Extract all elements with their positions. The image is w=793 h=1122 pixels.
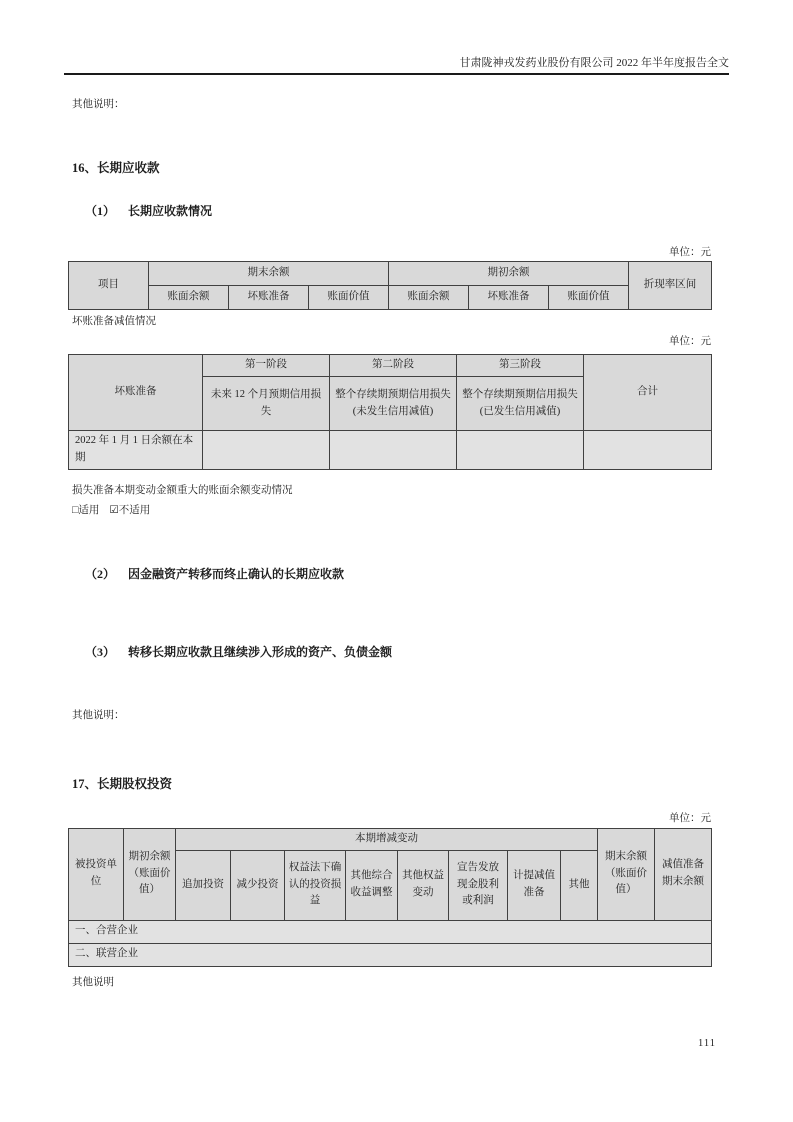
th-book-balance-end: 账面余额 xyxy=(149,286,229,310)
subsection-text: 转移长期应收款且继续涉入形成的资产、负债金额 xyxy=(128,645,392,659)
applicability-line: □适用☑不适用 xyxy=(72,503,729,518)
th-reduced-investment: 减少投资 xyxy=(231,850,285,920)
th-item: 项目 xyxy=(69,262,149,310)
th-stage-3: 第三阶段 xyxy=(457,355,584,377)
loss-provision-change-note: 损失准备本期变动金额重大的账面余额变动情况 xyxy=(72,483,729,498)
th-investee: 被投资单位 xyxy=(69,828,124,920)
subsection-text: 长期应收款情况 xyxy=(128,204,212,218)
empty-cell xyxy=(203,431,330,470)
subsection-number: （3） xyxy=(85,645,115,659)
unit-label: 单位：元 xyxy=(68,811,711,826)
empty-cell xyxy=(584,431,712,470)
table-long-term-receivables: 项目 期末余额 期初余额 折现率区间 账面余额 坏账准备 账面价值 账面余额 坏… xyxy=(68,261,712,310)
bad-debt-impairment-note: 坏账准备减值情况 xyxy=(72,314,729,329)
th-stage-1-desc: 未来 12 个月预期信用损失 xyxy=(203,377,330,431)
th-current-change-group: 本期增减变动 xyxy=(176,828,598,850)
th-book-value-begin: 账面价值 xyxy=(549,286,629,310)
th-discount-rate-range: 折现率区间 xyxy=(629,262,712,310)
subsection-16-1-title: （1）长期应收款情况 xyxy=(85,203,729,220)
subsection-16-3-title: （3）转移长期应收款且继续涉入形成的资产、负债金额 xyxy=(85,644,729,661)
row-associates: 二、联营企业 xyxy=(69,943,712,966)
th-bad-debt-provision: 坏账准备 xyxy=(69,355,203,431)
other-note-top: 其他说明： xyxy=(72,97,729,112)
page-number: 111 xyxy=(698,1038,716,1049)
th-other-equity-change: 其他权益变动 xyxy=(398,850,449,920)
table-long-term-equity-investment: 被投资单位 期初余额（账面价值） 本期增减变动 期末余额（账面价值） 减值准备期… xyxy=(68,828,712,967)
report-title: 甘肃陇神戎发药业股份有限公司 2022 年半年度报告全文 xyxy=(460,57,730,69)
th-impairment-ending-balance: 减值准备期末余额 xyxy=(655,828,712,920)
section-16-title: 16、长期应收款 xyxy=(72,160,729,177)
unit-label: 单位：元 xyxy=(68,245,711,260)
th-other: 其他 xyxy=(561,850,598,920)
section-17-title: 17、长期股权投资 xyxy=(72,776,729,793)
th-total: 合计 xyxy=(584,355,712,431)
th-ending-balance-group: 期末余额 xyxy=(149,262,389,286)
th-additional-investment: 追加投资 xyxy=(176,850,231,920)
th-stage-1: 第一阶段 xyxy=(203,355,330,377)
table-bad-debt-stages: 坏账准备 第一阶段 第二阶段 第三阶段 合计 未来 12 个月预期信用损失 整个… xyxy=(68,354,712,470)
empty-cell xyxy=(457,431,584,470)
other-note-section16: 其他说明： xyxy=(72,708,729,723)
unit-label: 单位：元 xyxy=(68,334,711,349)
subsection-text: 因金融资产转移而终止确认的长期应收款 xyxy=(128,567,344,581)
page-header: 甘肃陇神戎发药业股份有限公司 2022 年半年度报告全文 xyxy=(64,0,729,75)
subsection-number: （2） xyxy=(85,567,115,581)
other-note-section17: 其他说明 xyxy=(72,975,729,990)
th-equity-method-gains: 权益法下确认的投资损益 xyxy=(285,850,346,920)
th-stage-2: 第二阶段 xyxy=(330,355,457,377)
th-impairment-provision: 计提减值准备 xyxy=(508,850,561,920)
row-label-opening-balance: 2022 年 1 月 1 日余额在本期 xyxy=(69,431,203,470)
th-book-balance-begin: 账面余额 xyxy=(389,286,469,310)
th-declared-dividends: 宣告发放现金股利或利润 xyxy=(449,850,508,920)
th-stage-2-desc: 整个存续期预期信用损失(未发生信用减值) xyxy=(330,377,457,431)
row-joint-ventures: 一、合营企业 xyxy=(69,920,712,943)
th-beginning-balance: 期初余额（账面价值） xyxy=(124,828,176,920)
report-page: 甘肃陇神戎发药业股份有限公司 2022 年半年度报告全文 其他说明： 16、长期… xyxy=(0,0,793,1122)
th-stage-3-desc: 整个存续期预期信用损失(已发生信用减值) xyxy=(457,377,584,431)
th-book-value-end: 账面价值 xyxy=(309,286,389,310)
th-other-comprehensive-income-adj: 其他综合收益调整 xyxy=(346,850,398,920)
th-bad-debt-provision-begin: 坏账准备 xyxy=(469,286,549,310)
th-beginning-balance-group: 期初余额 xyxy=(389,262,629,286)
checkbox-not-applicable: ☑不适用 xyxy=(109,505,150,516)
subsection-16-2-title: （2）因金融资产转移而终止确认的长期应收款 xyxy=(85,566,729,583)
th-ending-balance: 期末余额（账面价值） xyxy=(598,828,655,920)
empty-cell xyxy=(330,431,457,470)
subsection-number: （1） xyxy=(85,204,115,218)
th-bad-debt-provision-end: 坏账准备 xyxy=(229,286,309,310)
checkbox-applicable: □适用 xyxy=(72,505,99,516)
